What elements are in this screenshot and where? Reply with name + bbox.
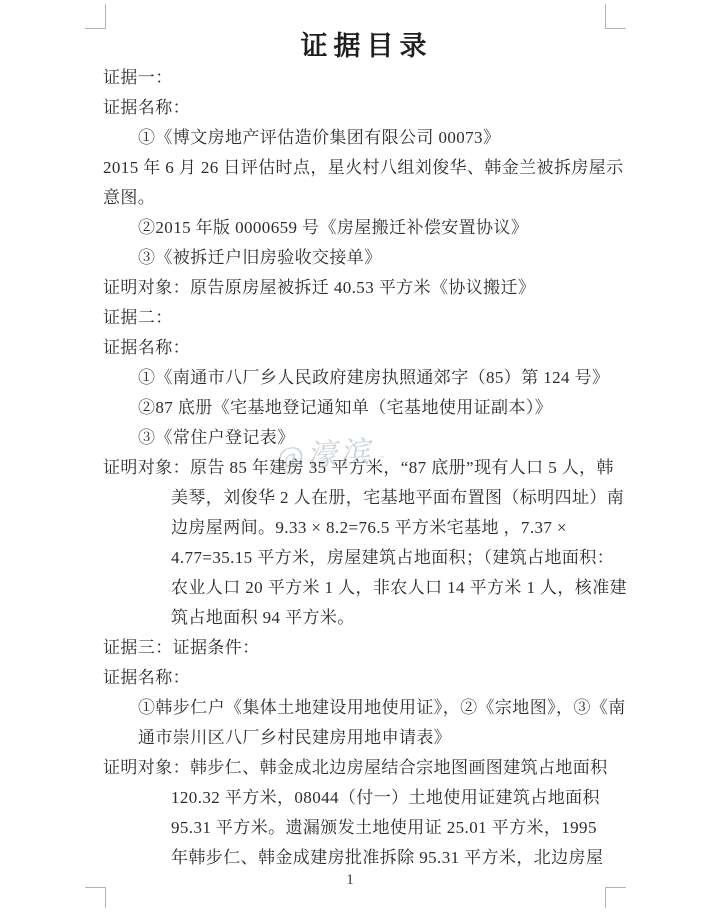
page-number: 1 bbox=[105, 872, 595, 889]
text-line: ②87 底册《宅基地登记通知单（宅基地使用证副本）》 bbox=[103, 393, 648, 423]
text-line: 筑占地面积 94 平方米。 bbox=[103, 603, 648, 633]
text-line: 证明对象：韩步仁、韩金成北边房屋结合宗地图画图建筑占地面积 bbox=[103, 753, 648, 783]
text-line: 证据二： bbox=[103, 303, 648, 333]
text-line: 美琴，刘俊华 2 人在册，宅基地平面布置图（标明四址）南 bbox=[103, 483, 648, 513]
text-line: 意图。 bbox=[103, 183, 648, 213]
text-line: ③《被拆迁户旧房验收交接单》 bbox=[103, 243, 648, 273]
text-line: 4.77=35.15 平方米，房屋建筑占地面积；（建筑占地面积： bbox=[103, 543, 648, 573]
text-line: 证据三：证据条件： bbox=[103, 633, 648, 663]
margin-mark-top-left-icon bbox=[85, 4, 106, 29]
text-line: 证据名称： bbox=[103, 93, 648, 123]
text-line: 年韩步仁、韩金成建房批准拆除 95.31 平方米，北边房屋 bbox=[103, 843, 648, 873]
text-line: ①《博文房地产评估造价集团有限公司 00073》 bbox=[103, 123, 648, 153]
text-line: 农业人口 20 平方米 1 人，非农人口 14 平方米 1 人，核准建 bbox=[103, 573, 648, 603]
text-line: ①《南通市八厂乡人民政府建房执照通郊字（85）第 124 号》 bbox=[103, 363, 648, 393]
text-line: 边房屋两间。9.33 × 8.2=76.5 平方米宅基地 ，7.37 × bbox=[103, 513, 648, 543]
document-page: @濠滨 证据目录 证据一：证据名称：①《博文房地产评估造价集团有限公司 0007… bbox=[0, 0, 710, 914]
text-line: ②2015 年版 0000659 号《房屋搬迁补偿安置协议》 bbox=[103, 213, 648, 243]
margin-mark-bottom-left-icon bbox=[85, 887, 106, 908]
text-line: 证据一： bbox=[103, 63, 648, 93]
text-line: 95.31 平方米。遗漏颁发土地使用证 25.01 平方米，1995 bbox=[103, 813, 648, 843]
text-line: 120.32 平方米，08044（付一）土地使用证建筑占地面积 bbox=[103, 783, 648, 813]
document-body: 证据一：证据名称：①《博文房地产评估造价集团有限公司 00073》2015 年 … bbox=[103, 63, 648, 873]
margin-mark-bottom-right-icon bbox=[605, 887, 626, 908]
text-line: 证据名称： bbox=[103, 663, 648, 693]
text-line: 证明对象：原告原房屋被拆迁 40.53 平方米《协议搬迁》 bbox=[103, 273, 648, 303]
text-line: 证据名称： bbox=[103, 333, 648, 363]
text-line: 证明对象：原告 85 年建房 35 平方米，“87 底册”现有人口 5 人，韩 bbox=[103, 453, 648, 483]
text-line: 通市崇川区八厂乡村民建房用地申请表》 bbox=[103, 723, 648, 753]
text-line: ③《常住户登记表》 bbox=[103, 423, 648, 453]
text-line: 2015 年 6 月 26 日评估时点，星火村八组刘俊华、韩金兰被拆房屋示 bbox=[103, 153, 648, 183]
text-line: ①韩步仁户《集体土地建设用地使用证》，②《宗地图》，③《南 bbox=[103, 693, 648, 723]
page-title: 证据目录 bbox=[105, 24, 628, 63]
